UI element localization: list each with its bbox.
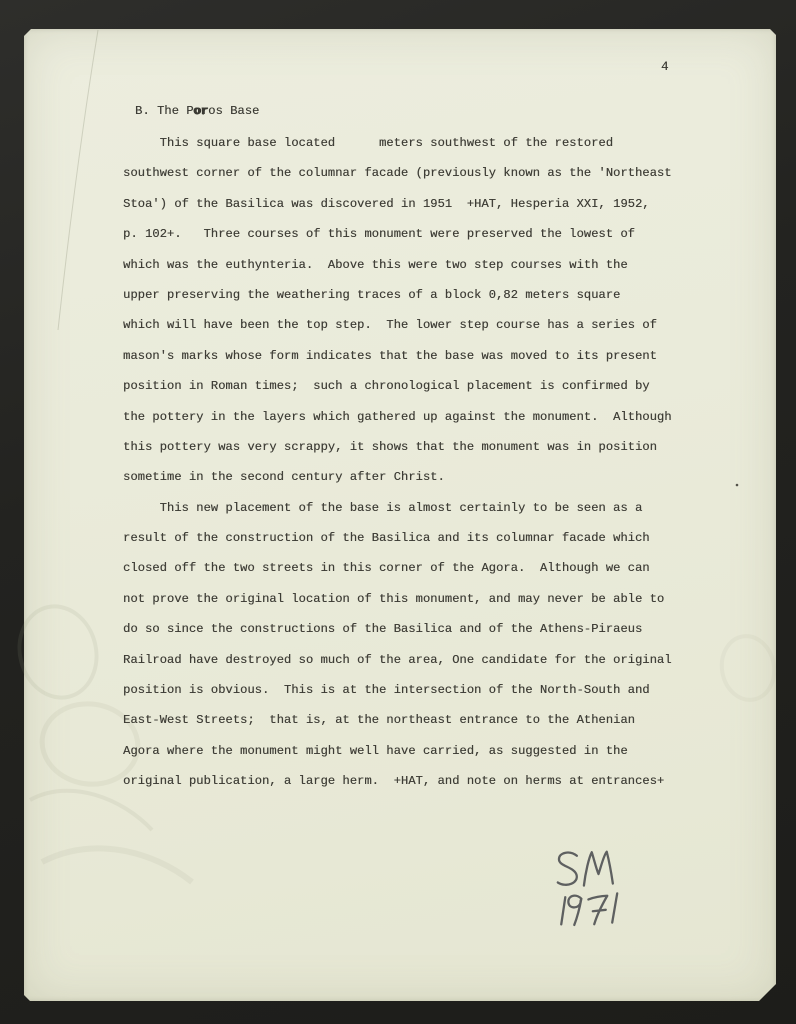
handwriting-strokes [551,844,650,931]
typed-line: Railroad have destroyed so much of the a… [123,645,698,675]
typed-line: This square base located meters southwes… [123,128,698,158]
section-heading-overstruck-letters: or [194,104,209,118]
typed-line: which was the euthynteria. Above this we… [123,250,698,280]
typed-line: not prove the original location of this … [123,584,698,614]
typed-line: this pottery was very scrappy, it shows … [123,432,698,462]
handwritten-signature: SM 1971 [552,846,648,930]
typed-line: mason's marks whose form indicates that … [123,341,698,371]
typed-line: East-West Streets; that is, at the north… [123,705,698,735]
typed-line: sometime in the second century after Chr… [123,462,698,492]
typed-line: which will have been the top step. The l… [123,310,698,340]
section-heading-text: B. The P [135,104,194,118]
typed-line: the pottery in the layers which gathered… [123,402,698,432]
typed-line: original publication, a large herm. +HAT… [123,766,698,796]
page-number: 4 [661,59,669,75]
typed-line: upper preserving the weathering traces o… [123,280,698,310]
typed-line: closed off the two streets in this corne… [123,553,698,583]
section-heading-text: os Base [208,104,259,118]
typed-line: southwest corner of the columnar facade … [123,158,698,188]
scanned-document-page: 4 B. The Poros Base This square base loc… [0,0,796,1024]
typed-line: do so since the constructions of the Bas… [123,614,698,644]
typed-text-block: This square base located meters southwes… [123,128,698,797]
typed-line: This new placement of the base is almost… [123,493,698,523]
typed-line: result of the construction of the Basili… [123,523,698,553]
typed-line: position in Roman times; such a chronolo… [123,371,698,401]
typed-line: Agora where the monument might well have… [123,736,698,766]
typed-line: position is obvious. This is at the inte… [123,675,698,705]
typed-line: Stoa') of the Basilica was discovered in… [123,189,698,219]
section-heading: B. The Poros Base [135,102,259,120]
typed-line: p. 102+. Three courses of this monument … [123,219,698,249]
